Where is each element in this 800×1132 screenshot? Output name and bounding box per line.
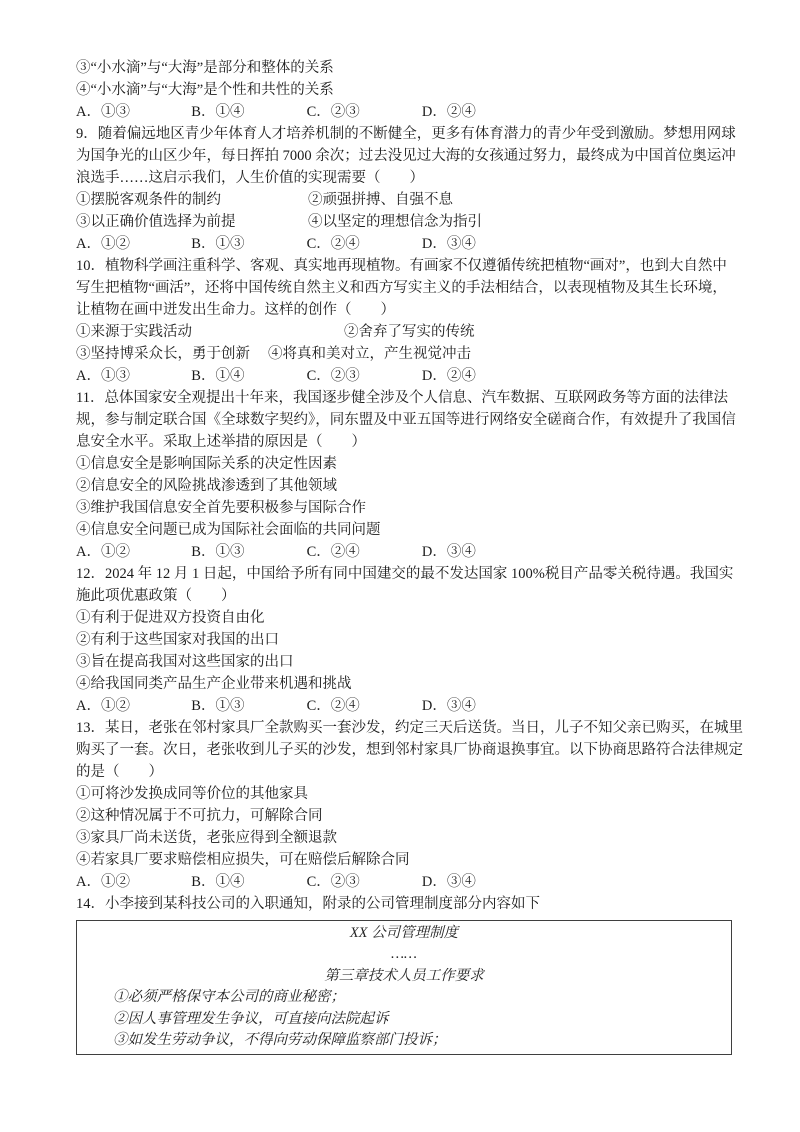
q9-stem-2: 为国争光的山区少年，每日挥拍 7000 余次；过去没见过大海的女孩通过努力，最终… [76, 145, 736, 167]
policy-box-item-3: ③如发生劳动争议，不得向劳动保障监察部门投诉； [77, 1030, 731, 1051]
answer-option-c: C．②③ [307, 101, 422, 123]
sub-option-4: ④将真和美对立，产生视觉冲击 [268, 346, 471, 362]
answer-option-b: B．①③ [191, 233, 306, 255]
answer-option-c: C．②④ [307, 541, 422, 563]
policy-box-title: XX 公司管理制度 [77, 923, 731, 944]
q10-subopts-3-4: ③坚持博采众长，勇于创新④将真和美对立，产生视觉冲击 [76, 343, 736, 365]
answer-option-a: A．①③ [76, 365, 191, 387]
q12-stem-1: 12．2024 年 12 月 1 日起，中国给予所有同中国建交的最不发达国家 1… [76, 563, 736, 585]
sub-option-2: ②舍弃了写实的传统 [344, 324, 475, 340]
sub-option-4: ④以坚定的理想信念为指引 [308, 214, 482, 230]
policy-box-item-1: ①必须严格保守本公司的商业秘密； [77, 987, 731, 1008]
sub-option-3: ③坚持博采众长，勇于创新 [76, 343, 268, 365]
answer-option-a: A．①② [76, 871, 191, 893]
q11-stem-2: 规，参与制定联合国《全球数字契约》，同东盟及中亚五国等进行网络安全磋商合作，有效… [76, 409, 736, 431]
q13-option-3: ③家具厂尚未送货，老张应得到全额退款 [76, 827, 736, 849]
q12-option-4: ④给我国同类产品生产企业带来机遇和挑战 [76, 673, 736, 695]
answer-option-d: D．②④ [422, 365, 476, 387]
answer-option-d: D．②④ [422, 101, 476, 123]
answer-option-b: B．①③ [191, 541, 306, 563]
answer-option-c: C．②③ [307, 365, 422, 387]
answer-option-b: B．①④ [191, 365, 306, 387]
q11-stem-3: 息安全水平。采取上述举措的原因是（ ） [76, 431, 736, 453]
q10-stem-2: 写生把植物“画活”，还将中国传统自然主义和西方写实主义的手法相结合，以表现植物及… [76, 277, 736, 299]
sub-option-2: ②顽强拼搏、自强不息 [308, 192, 453, 208]
q11-option-3: ③维护我国信息安全首先要积极参与国际合作 [76, 497, 736, 519]
sub-option-1: ①来源于实践活动 [76, 321, 344, 343]
sub-option-1: ①摆脱客观条件的制约 [76, 189, 308, 211]
answer-option-a: A．①② [76, 695, 191, 717]
q13-stem-1: 13．某日，老张在邻村家具厂全款购买一套沙发，约定三天后送货。当日，儿子不知父亲… [76, 717, 736, 739]
q8-answer-row: A．①③B．①④C．②③D．②④ [76, 101, 736, 123]
answer-option-b: B．①④ [191, 871, 306, 893]
sub-option-3: ③以正确价值选择为前提 [76, 211, 308, 233]
q10-stem-1: 10．植物科学画注重科学、客观、真实地再现植物。有画家不仅遵循传统把植物“画对”… [76, 255, 736, 277]
q11-option-4: ④信息安全问题已成为国际社会面临的共同问题 [76, 519, 736, 541]
company-policy-box: XX 公司管理制度 …… 第三章技术人员工作要求 ①必须严格保守本公司的商业秘密… [76, 920, 732, 1055]
q9-subopts-1-2: ①摆脱客观条件的制约②顽强拼搏、自强不息 [76, 189, 736, 211]
exam-page: ③“小水滴”与“大海”是部分和整体的关系 ④“小水滴”与“大海”是个性和共性的关… [0, 0, 800, 1132]
q12-answer-row: A．①②B．①③C．②④D．③④ [76, 695, 736, 717]
answer-option-a: A．①③ [76, 101, 191, 123]
q10-answer-row: A．①③B．①④C．②③D．②④ [76, 365, 736, 387]
q9-answer-row: A．①②B．①③C．②④D．③④ [76, 233, 736, 255]
q13-stem-2: 购买了一套。次日，老张收到儿子买的沙发，想到邻村家具厂协商退换事宜。以下协商思路… [76, 739, 736, 761]
q11-answer-row: A．①②B．①③C．②④D．③④ [76, 541, 736, 563]
answer-option-b: B．①③ [191, 695, 306, 717]
policy-box-ellipsis: …… [77, 944, 731, 965]
policy-box-item-2: ②因人事管理发生争议，可直接向法院起诉 [77, 1009, 731, 1030]
q10-stem-3: 让植物在画中迸发出生命力。这样的创作（ ） [76, 299, 736, 321]
page-content: ③“小水滴”与“大海”是部分和整体的关系 ④“小水滴”与“大海”是个性和共性的关… [76, 57, 736, 1055]
q13-answer-row: A．①②B．①④C．②③D．③④ [76, 871, 736, 893]
policy-box-chapter-heading: 第三章技术人员工作要求 [77, 966, 731, 987]
answer-option-d: D．③④ [422, 541, 476, 563]
q13-option-1: ①可将沙发换成同等价位的其他家具 [76, 783, 736, 805]
answer-option-b: B．①④ [191, 101, 306, 123]
answer-option-a: A．①② [76, 233, 191, 255]
q12-stem-2: 施此项优惠政策（ ） [76, 585, 736, 607]
answer-option-d: D．③④ [422, 871, 476, 893]
answer-option-c: C．②④ [307, 233, 422, 255]
q9-stem-1: 9．随着偏远地区青少年体育人才培养机制的不断健全，更多有体育潜力的青少年受到激励… [76, 123, 736, 145]
q8-option-4: ④“小水滴”与“大海”是个性和共性的关系 [76, 79, 736, 101]
q13-stem-3: 的是（ ） [76, 761, 736, 783]
q11-option-2: ②信息安全的风险挑战渗透到了其他领域 [76, 475, 736, 497]
answer-option-a: A．①② [76, 541, 191, 563]
q13-option-2: ②这种情况属于不可抗力，可解除合同 [76, 805, 736, 827]
q9-stem-3: 浪选手……这启示我们，人生价值的实现需要（ ） [76, 167, 736, 189]
q11-stem-1: 11．总体国家安全观提出十年来，我国逐步健全涉及个人信息、汽车数据、互联网政务等… [76, 387, 736, 409]
q12-option-2: ②有利于这些国家对我国的出口 [76, 629, 736, 651]
answer-option-c: C．②④ [307, 695, 422, 717]
q9-subopts-3-4: ③以正确价值选择为前提④以坚定的理想信念为指引 [76, 211, 736, 233]
q13-option-4: ④若家具厂要求赔偿相应损失，可在赔偿后解除合同 [76, 849, 736, 871]
q11-option-1: ①信息安全是影响国际关系的决定性因素 [76, 453, 736, 475]
q12-option-3: ③旨在提高我国对这些国家的出口 [76, 651, 736, 673]
q10-subopts-1-2: ①来源于实践活动②舍弃了写实的传统 [76, 321, 736, 343]
q12-option-1: ①有利于促进双方投资自由化 [76, 607, 736, 629]
answer-option-c: C．②③ [307, 871, 422, 893]
q8-option-3: ③“小水滴”与“大海”是部分和整体的关系 [76, 57, 736, 79]
answer-option-d: D．③④ [422, 695, 476, 717]
answer-option-d: D．③④ [422, 233, 476, 255]
q14-stem: 14．小李接到某科技公司的入职通知，附录的公司管理制度部分内容如下 [76, 893, 736, 915]
